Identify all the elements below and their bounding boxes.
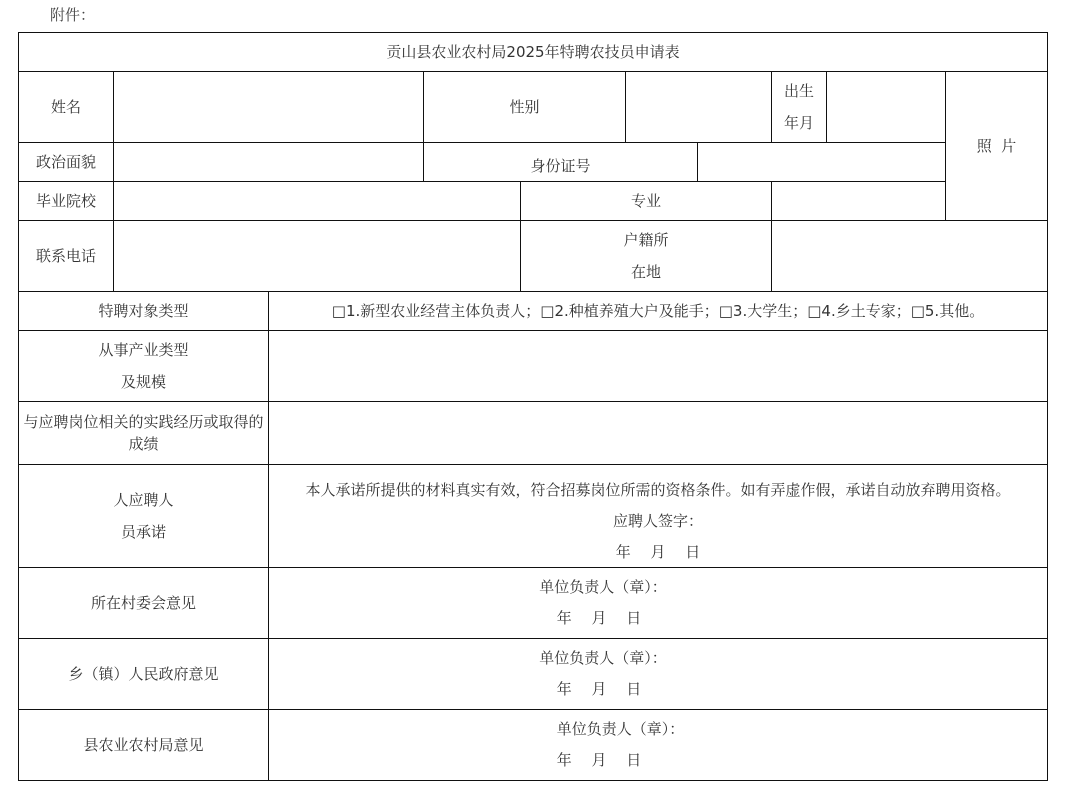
id-number-label-text: 身份证号 — [530, 150, 590, 182]
pledge-block: 本人承诺所提供的材料真实有效，符合招募岗位所需的资格条件。如有弄虚作假，承诺自动… — [268, 464, 1048, 568]
village-committee-label: 所在村委会意见 — [18, 567, 269, 639]
county-bureau-opinion[interactable]: 单位负责人（章）： 年 月 日 — [268, 709, 1048, 781]
village-committee-label-text: 所在村委会意见 — [91, 587, 196, 619]
photo-label: 照 片 — [977, 130, 1017, 162]
township-government-opinion[interactable]: 单位负责人（章）： 年 月 日 — [268, 638, 1048, 710]
pledge-label-line2: 员承诺 — [121, 516, 166, 548]
township-government-label-text: 乡（镇）人民政府意见 — [68, 658, 218, 690]
hukou-field[interactable] — [771, 220, 1048, 292]
school-label: 毕业院校 — [18, 181, 114, 221]
county-bureau-label: 县农业农村局意见 — [18, 709, 269, 781]
birth-label: 出生 年月 — [771, 71, 827, 143]
form-title: 贡山县农业农村局2025年特聘农技员申请表 — [18, 32, 1048, 72]
pledge-label: 人应聘人 员承诺 — [18, 464, 269, 568]
village-committee-opinion[interactable]: 单位负责人（章）： 年 月 日 — [268, 567, 1048, 639]
pledge-text: 本人承诺所提供的材料真实有效，符合招募岗位所需的资格条件。如有弄虚作假，承诺自动… — [305, 475, 1010, 506]
pledge-date: 年 月 日 — [616, 537, 701, 568]
experience-label-text: 与应聘岗位相关的实践经历或取得的成绩 — [23, 411, 264, 455]
industry-label-line1: 从事产业类型 — [98, 334, 188, 366]
county-signer-label: 单位负责人（章）： — [557, 714, 685, 745]
id-number-label: 身份证号 — [423, 142, 698, 182]
major-label-text: 专业 — [631, 185, 661, 217]
recruit-type-checkbox-group[interactable]: □1.新型农业经营主体负责人；□2.种植养殖大户及能手；□3.大学生；□4.乡土… — [332, 295, 984, 327]
birth-label-line1: 出生 — [784, 75, 814, 107]
township-signer-label: 单位负责人（章）： — [539, 643, 667, 674]
gender-field[interactable] — [625, 71, 772, 143]
pledge-label-line1: 人应聘人 — [113, 484, 173, 516]
name-label: 姓名 — [18, 71, 114, 143]
major-label: 专业 — [520, 181, 772, 221]
hukou-label: 户籍所 在地 — [520, 220, 772, 292]
political-status-label-text: 政治面貌 — [36, 146, 96, 178]
hukou-label-line1: 户籍所 — [623, 224, 668, 256]
political-status-label: 政治面貌 — [18, 142, 114, 182]
birth-label-line2: 年月 — [784, 107, 814, 139]
name-field[interactable] — [113, 71, 424, 143]
political-status-field[interactable] — [113, 142, 424, 182]
id-number-field[interactable] — [697, 142, 946, 182]
phone-label-text: 联系电话 — [36, 240, 96, 272]
gender-label: 性别 — [423, 71, 626, 143]
county-date: 年 月 日 — [557, 745, 642, 776]
county-bureau-label-text: 县农业农村局意见 — [83, 729, 203, 761]
experience-field[interactable] — [268, 401, 1048, 465]
industry-field[interactable] — [268, 330, 1048, 402]
attachment-label: 附件： — [50, 4, 95, 25]
recruit-type-label-text: 特聘对象类型 — [98, 295, 188, 327]
form-title-text: 贡山县农业农村局2025年特聘农技员申请表 — [386, 36, 679, 68]
major-field[interactable] — [771, 181, 946, 221]
township-date: 年 月 日 — [557, 674, 642, 705]
township-government-label: 乡（镇）人民政府意见 — [18, 638, 269, 710]
photo-box[interactable]: 照 片 — [945, 71, 1048, 221]
experience-label: 与应聘岗位相关的实践经历或取得的成绩 — [18, 401, 269, 465]
school-field[interactable] — [113, 181, 521, 221]
village-signer-label: 单位负责人（章）： — [539, 572, 667, 603]
name-label-text: 姓名 — [51, 91, 81, 123]
hukou-label-line2: 在地 — [631, 256, 661, 288]
birth-field[interactable] — [826, 71, 946, 143]
recruit-type-options[interactable]: □1.新型农业经营主体负责人；□2.种植养殖大户及能手；□3.大学生；□4.乡土… — [268, 291, 1048, 331]
village-date: 年 月 日 — [557, 603, 642, 634]
industry-label: 从事产业类型 及规模 — [18, 330, 269, 402]
industry-label-line2: 及规模 — [121, 366, 166, 398]
school-label-text: 毕业院校 — [36, 185, 96, 217]
applicant-signature-label[interactable]: 应聘人签字： — [613, 506, 703, 537]
phone-label: 联系电话 — [18, 220, 114, 292]
gender-label-text: 性别 — [509, 91, 539, 123]
recruit-type-label: 特聘对象类型 — [18, 291, 269, 331]
phone-field[interactable] — [113, 220, 521, 292]
